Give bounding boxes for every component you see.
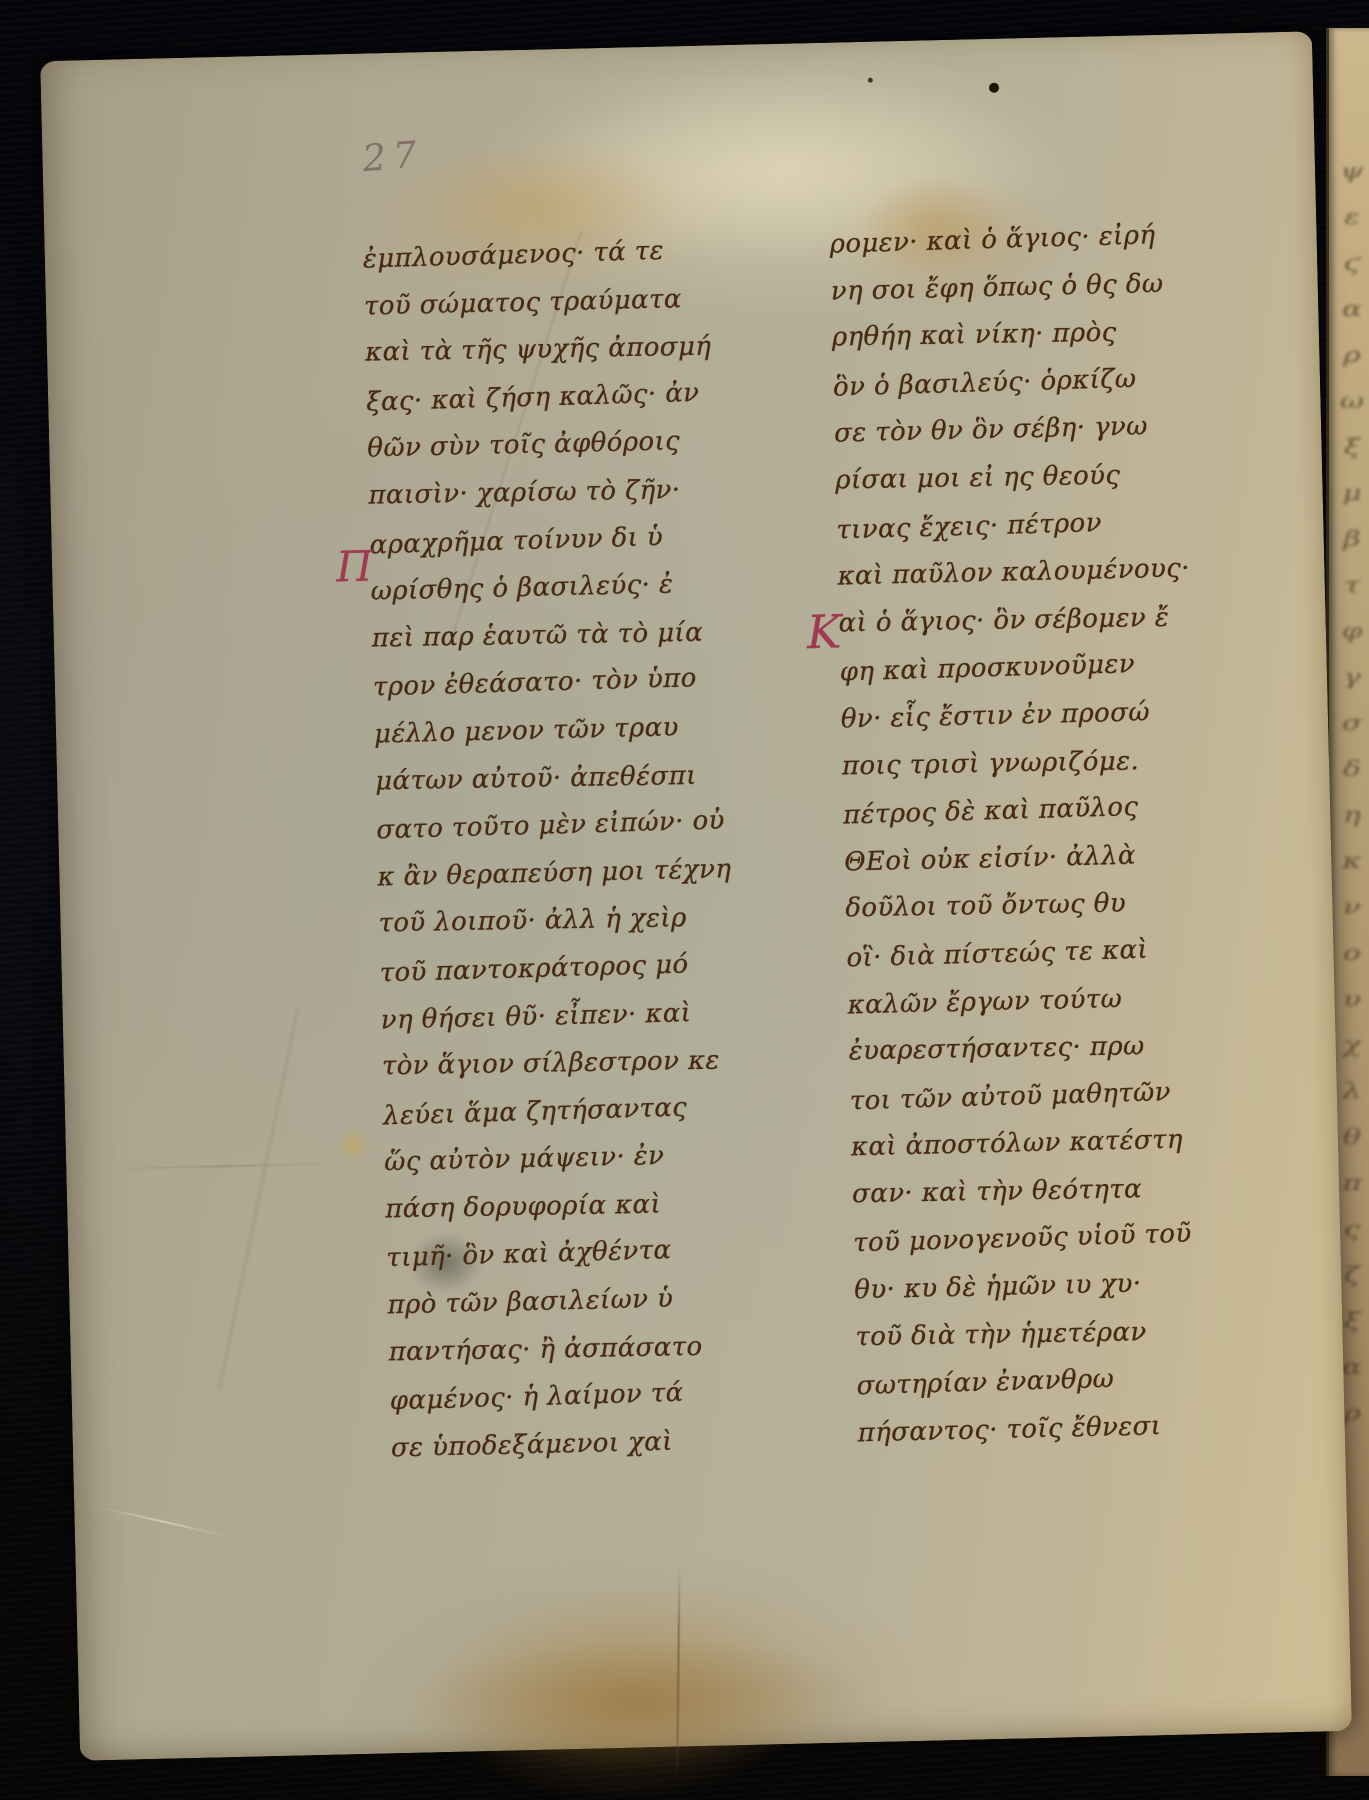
manuscript-line: σε ὑποδεξάμενοι χαὶ — [390, 1417, 731, 1473]
manuscript-line: παντήσας· ἢ ἀσπάσατο — [388, 1323, 729, 1377]
stain-yellow-spot — [335, 1128, 372, 1163]
manuscript-line: τινας ἔχεις· πέτρον — [836, 497, 1197, 555]
manuscript-line: ρηθήη καὶ νίκη· πρὸς — [831, 308, 1192, 362]
manuscript-line: νη θήσει θῦ· εἶπεν· καὶ — [380, 989, 721, 1045]
manuscript-line: φαμένος· ἡ λαίμον τά — [389, 1369, 730, 1426]
folio-number: 27 — [361, 133, 425, 182]
manuscript-line: νη σοι ἔφη ὅπως ὁ θς δω — [830, 260, 1191, 316]
crease-lower-left — [218, 1008, 300, 1391]
manuscript-line: πάση δορυφορία καὶ — [385, 1180, 726, 1234]
manuscript-line: σατο τοῦτο μὲν εἰπών· οὐ — [376, 798, 717, 855]
manuscript-line: πεὶ παρ ἑαυτῶ τὰ τὸ μία — [371, 609, 712, 663]
manuscript-line: θν· εἷς ἔστιν ἐν προσώ — [840, 688, 1201, 744]
manuscript-line: ἐυαρεστήσαντες· πρω — [848, 1022, 1209, 1076]
manuscript-line: ὃν ὁ βασιλεύς· ὁρκίζω — [832, 354, 1193, 412]
manuscript-line: τοῦ λοιποῦ· ἀλλ ἡ χεὶρ — [378, 895, 719, 949]
manuscript-line: τὸν ἅγιον σίλβεστρον κε — [382, 1038, 723, 1092]
manuscript-line: πήσαντος· τοῖς ἔθνεσι — [857, 1402, 1218, 1458]
manuscript-line: τοῦ σώματος τραύματα — [363, 275, 704, 331]
manuscript-line: μάτων αὐτοῦ· ἀπεθέσπι — [375, 752, 716, 806]
manuscript-line: θῶν σὺν τοῖς ἀφθόροις — [367, 418, 708, 474]
manuscript-line: παισὶν· χαρίσω τὸ ζῆν· — [368, 467, 709, 521]
manuscript-line: καλῶν ἔργων τούτω — [847, 973, 1208, 1029]
manuscript-line: ποις τρισὶ γνωριζόμε. — [842, 737, 1203, 791]
manuscript-line: αραχρῆμα τοίνυν δι ὑ — [369, 512, 710, 569]
manuscript-line: δοῦλοι τοῦ ὄντως θυ — [845, 879, 1206, 933]
crease-light-crack — [99, 1506, 228, 1537]
manuscript-line: μέλλο μενον τῶν τραυ — [374, 703, 715, 759]
text-column-right: ρομεν· καὶ ὁ ἅγιος· εἰρήνη σοι ἔφη ὅπως … — [829, 212, 1218, 1458]
manuscript-line: σε τὸν θν ὃν σέβη· γνω — [834, 403, 1195, 459]
rubricated-initial-kappa: Κ — [806, 611, 841, 654]
manuscript-line: τοῦ παντοκράτορος μό — [379, 940, 720, 997]
parchment-page: 27 ἐμπλουσάμενος· τά τετοῦ σώματος τραύμ… — [40, 31, 1352, 1760]
crease-margin-fold — [106, 1162, 346, 1170]
manuscript-line: ἐμπλουσάμενος· τά τε — [362, 227, 703, 284]
manuscript-line: καὶ ἀποστόλων κατέστη — [850, 1116, 1211, 1172]
text-column-left: ἐμπλουσάμενος· τά τετοῦ σώματος τραύματα… — [362, 228, 731, 1473]
manuscript-photograph: { "photo": { "description": "Parchment l… — [0, 0, 1369, 1800]
ink-spot-small — [868, 78, 873, 83]
manuscript-line: λεύει ἅμα ζητήσαντας — [382, 1083, 723, 1140]
manuscript-line: τοι τῶν αὐτοῦ μαθητῶν — [849, 1068, 1210, 1126]
rubricated-initial-pi: Π — [336, 546, 374, 589]
manuscript-line: ΘΕοὶ οὐκ εἰσίν· ἀλλὰ — [844, 831, 1205, 887]
manuscript-line: ρίσαι μοι εἰ ης θεούς — [835, 451, 1196, 505]
manuscript-line: θυ· κυ δὲ ἡμῶν ιυ χυ· — [854, 1259, 1215, 1315]
manuscript-line: ωρίσθης ὁ βασιλεύς· ἐ — [370, 561, 711, 617]
manuscript-line: πρὸ τῶν βασιλείων ὑ — [387, 1274, 728, 1330]
manuscript-line: τοῦ διὰ τὴν ἡμετέραν — [855, 1308, 1216, 1362]
manuscript-line: ὥς αὐτὸν μάψειν· ἐν — [384, 1132, 725, 1188]
manuscript-line: κ ἂν θεραπεύση μοι τέχνη — [377, 846, 718, 902]
ink-spot — [989, 83, 999, 93]
manuscript-line: καὶ τὰ τῆς ψυχῆς ἀποσμή — [365, 324, 706, 378]
manuscript-line: καὶ παῦλον καλουμένους· — [837, 545, 1198, 601]
manuscript-line: ξας· καὶ ζήση καλῶς· ἀν — [366, 370, 707, 427]
